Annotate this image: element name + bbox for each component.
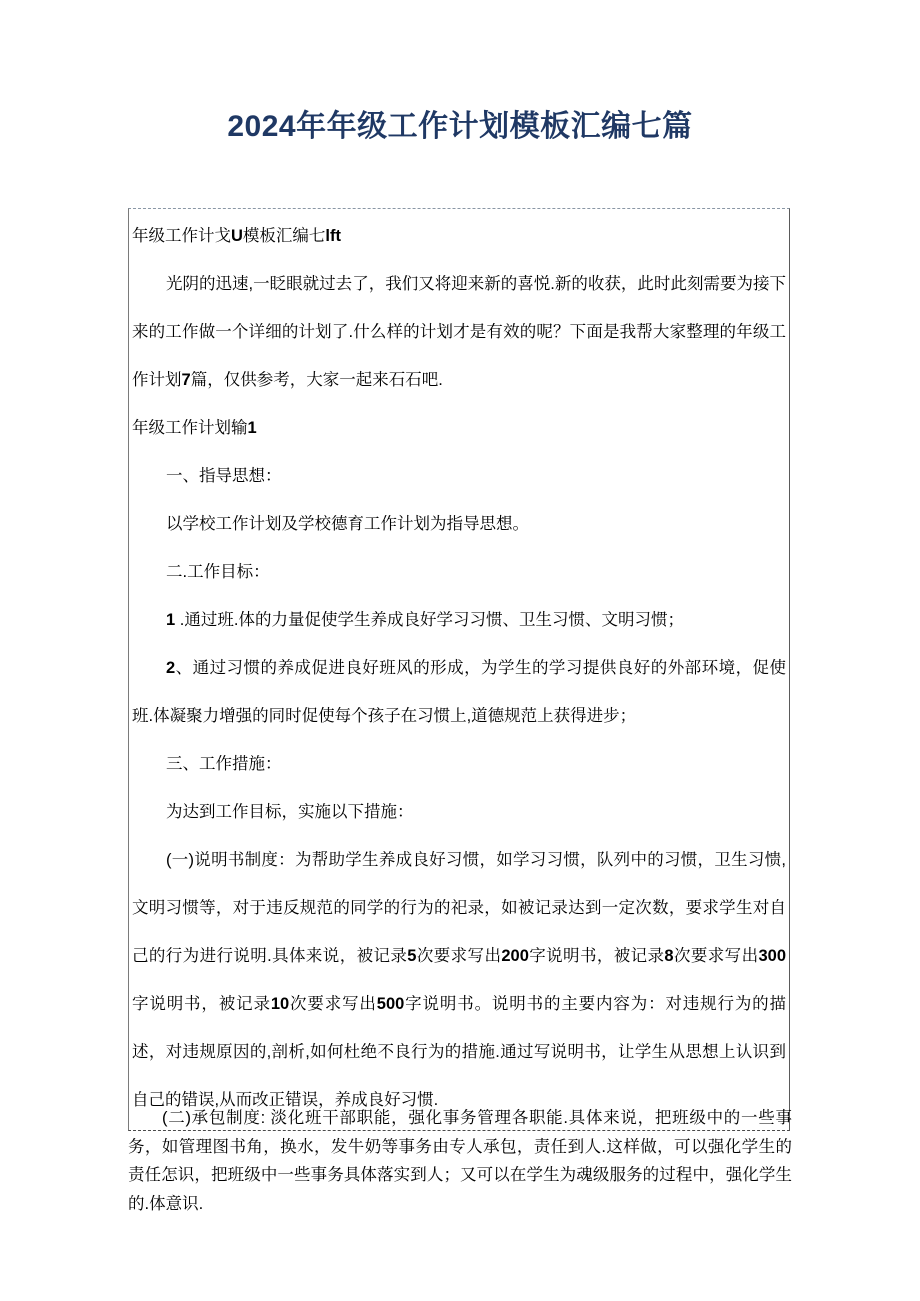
bold-text-run: 8 [664,947,673,965]
paragraph: 为达到工作目标，实施以下措施： [132,788,786,836]
text-run: 为达到工作目标，实施以下措施： [166,803,414,821]
text-run: 次要求写出 [416,947,501,965]
below-box-text: (二)承包制度: 淡化班干部职能，强化事务管理各职能.具体来说，把班级中的一些事… [128,1104,792,1218]
text-run: 次要求写出 [289,995,377,1013]
bold-text-run: 200 [501,947,529,965]
bold-text-run: 1 [166,611,175,629]
bordered-text-box: 年级工作计戈U模板汇编七lft光阴的迅速,一眨眼就过去了，我们又将迎来新的喜悦.… [128,208,790,1131]
bold-text-run: 1 [248,419,257,437]
paragraph: 光阴的迅速,一眨眼就过去了，我们又将迎来新的喜悦.新的收获，此时此刻需要为接下来… [132,260,786,404]
text-run: 年级工作计戈 [132,227,231,245]
text-run: 字说明书，被记录 [132,995,271,1013]
paragraph: 一、指导思想： [132,452,786,500]
text-run: 一、指导思想： [166,467,282,485]
paragraph: 三、工作措施： [132,740,786,788]
text-run: .通过班.体的力量促使学生养成良好学习习惯、卫生习惯、文明习惯； [175,611,684,629]
text-run: 次要求写出 [674,947,759,965]
text-run: 三、工作措施： [166,755,282,773]
paragraph: (一)说明书制度：为帮助学生养成良好习惯，如学习习惯，队列中的习惯，卫生习愦,文… [132,836,786,1124]
text-run: 二.工作目标： [166,563,270,581]
paragraph: (二)承包制度: 淡化班干部职能，强化事务管理各职能.具体来说，把班级中的一些事… [128,1104,792,1218]
text-run: 字说明书，被记录 [529,947,665,965]
document-page: 2024年年级工作计划模板汇编七篇 年级工作计戈U模板汇编七lft光阴的迅速,一… [0,0,920,1301]
bold-text-run: 500 [377,995,405,1013]
paragraph: 二.工作目标： [132,548,786,596]
paragraph: 年级工作计划输1 [132,404,786,452]
bold-text-run: lft [325,227,341,245]
document-title: 2024年年级工作计划模板汇编七篇 [0,101,920,145]
text-run: 篇，仅供参考，大家一起来石石吧. [191,371,443,389]
bold-text-run: 7 [182,371,191,389]
text-run: (二)承包制度: 淡化班干部职能，强化事务管理各职能.具体来说，把班级中的一些事… [128,1109,792,1213]
bold-text-run: 10 [271,995,289,1013]
text-run: 年级工作计划输 [132,419,248,437]
bold-text-run: 2 [166,659,175,677]
text-run: 以学校工作计划及学校德育工作计划为指导思想。 [166,515,529,533]
paragraph: 2、通过习惯的养成促进良好班风的形成，为学生的学习提供良好的外部环境，促使班.体… [132,644,786,740]
text-run: 模板汇编七 [243,227,326,245]
paragraph: 1 .通过班.体的力量促使学生养成良好学习习惯、卫生习惯、文明习惯； [132,596,786,644]
bold-text-run: 300 [758,947,786,965]
paragraph: 年级工作计戈U模板汇编七lft [132,212,786,260]
text-run: 、通过习惯的养成促进良好班风的形成，为学生的学习提供良好的外部环境，促使班.体凝… [132,659,786,725]
bold-text-run: U [231,227,243,245]
paragraph: 以学校工作计划及学校德育工作计划为指导思想。 [132,500,786,548]
